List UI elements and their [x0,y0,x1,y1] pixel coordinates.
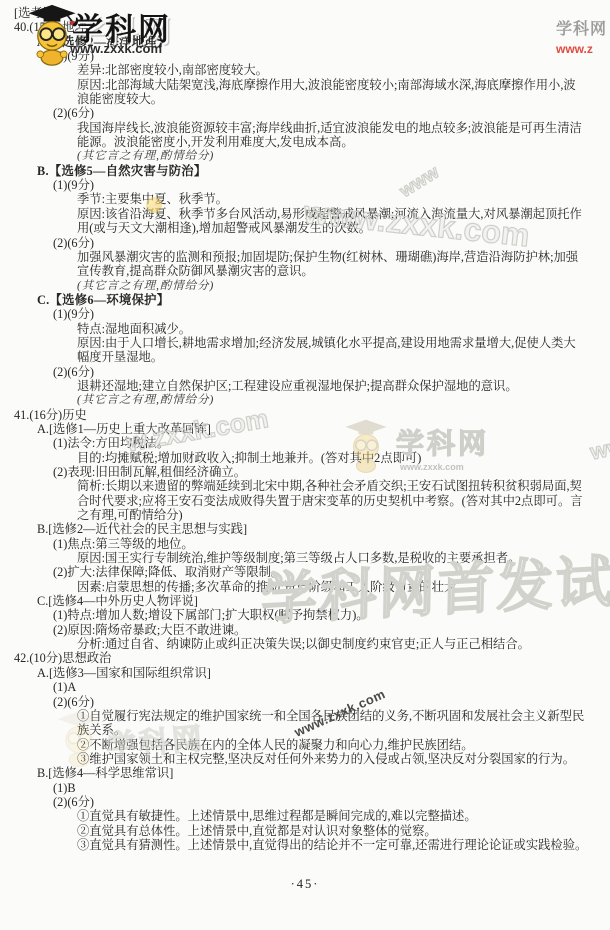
answer-line: 之有理,可酌情给分) [0,508,610,522]
answer-line: (1)(9分) [0,307,610,321]
answer-line: (2)(6分) [0,236,610,250]
answer-line: ②直觉具有总体性。上述情景中,直觉都是对认识对象整体的觉察。 [0,824,610,838]
answer-line: (2)(6分) [0,795,610,809]
answer-line: 42.(10分)思想政治 [0,651,610,665]
answer-line: A.[选修3—国家和国际组织常识] [0,666,610,680]
answer-line: ①直觉具有敏捷性。上述情景中,思维过程都是瞬间完成的,难以完整描述。 [0,809,610,823]
answer-line: 特点:湿地面积减少。 [0,322,610,336]
answer-line: (其它言之有理,酌情给分) [0,279,610,293]
answer-line: ②不断增强包括各民族在内的全体人民的凝聚力和向心力,维护民族团结。 [0,738,610,752]
answer-line: (2)原因:隋炀帝暴政;大臣不敢进谏。 [0,623,610,637]
answer-line: [选考题] [0,6,610,20]
answer-line: 40.(15分)地理 [0,20,610,34]
answer-line: 原因:由于人口增长,耕地需求增加;经济发展,城镇化水平提高,建设用地需求量增大,… [0,336,610,350]
answer-line: 我国海岸线长,波浪能资源较丰富;海岸线曲折,适宜波浪能发电的地点较多;波浪能是可… [0,121,610,135]
answer-line: 加强风暴潮灾害的监测和预报;加固堤防;保护生物(红树林、珊瑚礁)海岸,营造沿海防… [0,250,610,264]
answer-line: (2)表现:旧田制瓦解,租佃经济确立。 [0,465,610,479]
answer-lines: [选考题]40.(15分)地理A.【选修2—海洋地理】(1)(9分)差异:北部密… [0,6,610,852]
answer-line: B.[选修2—近代社会的民主思想与实践] [0,522,610,536]
answer-line: 季节:主要集中夏、秋季节。 [0,192,610,206]
answer-line: (2)(6分) [0,365,610,379]
answer-line: (2)扩大:法律保障;降低、取消财产等限制。 [0,565,610,579]
answer-line: 简析:长期以来遗留的弊端延续到北宋中期,各种社会矛盾交织;王安石试图扭转积贫积弱… [0,479,610,493]
answer-line: (1)特点:增加人数;增设下属部门;扩大职权(赋予拘禁权力)。 [0,608,610,622]
answer-line: 目的:均摊赋税;增加财政收入;抑制土地兼并。(答对其中2点即可) [0,451,610,465]
answer-line: (1)A [0,680,610,694]
answer-line: 族关系。 [0,723,610,737]
answer-line: 原因:国王实行专制统治,维护等级制度;第三等级占人口多数,是税收的主要承担者。 [0,551,610,565]
answer-line: (2)(6分) [0,106,610,120]
answer-line: ①自觉履行宪法规定的维护国家统一和全国各民族团结的义务,不断巩固和发展社会主义新… [0,709,610,723]
answer-line: 差异:北部密度较小,南部密度较大。 [0,63,610,77]
answer-line: B.【选修5—自然灾害与防治】 [0,164,610,178]
answer-line: (1)B [0,781,610,795]
answer-line: C.[选修4—中外历史人物评说] [0,594,610,608]
scanned-answer-page: [选考题]40.(15分)地理A.【选修2—海洋地理】(1)(9分)差异:北部密… [0,0,610,930]
answer-line: (其它言之有理,酌情给分) [0,393,610,407]
answer-line: B.[选修4—科学思维常识] [0,766,610,780]
answer-line: A.【选修2—海洋地理】 [0,35,610,49]
answer-line: 浪能密度较大。 [0,92,610,106]
answer-line: (1)法令:方田均税法。 [0,436,610,450]
answer-line: 幅度开垦湿地。 [0,350,610,364]
answer-line: 分析:通过自省、纳谏防止或纠正决策失误;以御史制度约束官吏;正人与正己相结合。 [0,637,610,651]
answer-line: 41.(16分)历史 [0,408,610,422]
answer-line: (2)(6分) [0,695,610,709]
answer-line: (1)焦点:第三等级的地位。 [0,537,610,551]
answer-line: 能源。波浪能密度小,开发利用难度大,发电成本高。 [0,135,610,149]
answer-line: 用(或与天文大潮相逢),增加超警戒风暴潮发生的次数。 [0,221,610,235]
answer-line: 退耕还湿地;建立自然保护区;工程建设应重视湿地保护;提高群众保护湿地的意识。 [0,379,610,393]
answer-line: (1)(9分) [0,178,610,192]
answer-line: A.[选修1—历史上重大改革回眸] [0,422,610,436]
answer-line: (其它言之有理,酌情给分) [0,149,610,163]
answer-line: 因素:启蒙思想的传播;多次革命的推动;资产阶级和工人阶级力量的壮大。 [0,580,610,594]
answer-line: 原因:该省沿海夏、秋季节多台风活动,易形成超警戒风暴潮;河流入海流量大,对风暴潮… [0,207,610,221]
answer-line: ③直觉具有猜测性。上述情景中,直觉得出的结论并不一定可靠,还需进行理论论证或实践… [0,838,610,852]
answer-line: 合时代要求;应将王安石变法成败得失置于唐宋变革的历史契机中考察。(答对其中2点即… [0,494,610,508]
answer-line: ③维护国家领土和主权完整,坚决反对任何外来势力的入侵或占领,坚决反对分裂国家的行… [0,752,610,766]
answer-line: (1)(9分) [0,49,610,63]
page-number: ·45· [0,877,610,892]
answer-line: 宣传教育,提高群众防御风暴潮灾害的意识。 [0,264,610,278]
answer-line: C.【选修6—环境保护】 [0,293,610,307]
answer-line: 原因:北部海域大陆架宽浅,海底摩擦作用大,波浪能密度较小;南部海域水深,海底摩擦… [0,78,610,92]
